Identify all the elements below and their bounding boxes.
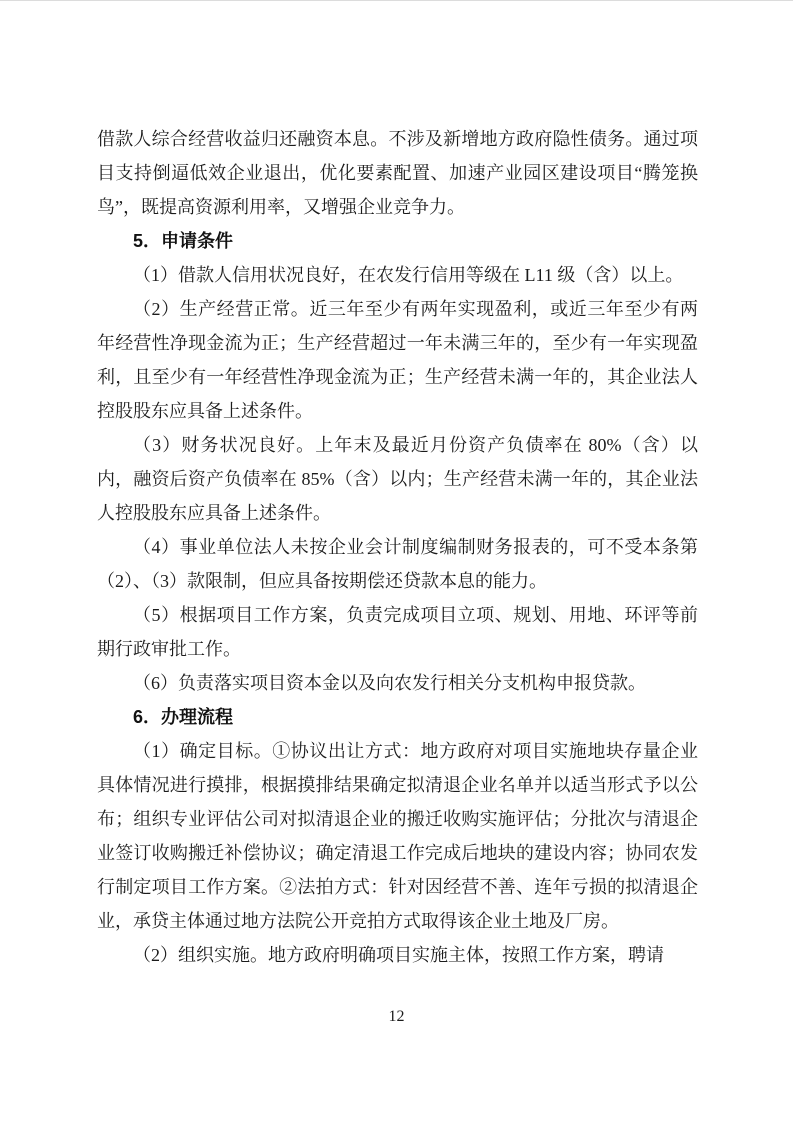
paragraph-intro: 借款人综合经营收益归还融资本息。不涉及新增地方政府隐性债务。通过项目支持倒逼低效…	[97, 122, 698, 224]
section-5-item-4: （4）事业单位法人未按企业会计制度编制财务报表的，可不受本条第（2）、（3）款限…	[97, 530, 698, 598]
section-5-item-6: （6）负责落实项目资本金以及向农发行相关分支机构申报贷款。	[97, 666, 698, 700]
section-6-heading: 6．办理流程	[97, 700, 698, 734]
page-number: 12	[0, 1005, 793, 1029]
document-page: 借款人综合经营收益归还融资本息。不涉及新增地方政府隐性债务。通过项目支持倒逼低效…	[0, 0, 793, 1122]
section-5-item-5: （5）根据项目工作方案，负责完成项目立项、规划、用地、环评等前期行政审批工作。	[97, 598, 698, 666]
section-6-item-1: （1）确定目标。①协议出让方式：地方政府对项目实施地块存量企业具体情况进行摸排，…	[97, 734, 698, 938]
page-body: 借款人综合经营收益归还融资本息。不涉及新增地方政府隐性债务。通过项目支持倒逼低效…	[97, 122, 698, 972]
section-5-item-3: （3）财务状况良好。上年末及最近月份资产负债率在 80%（含）以内，融资后资产负…	[97, 428, 698, 530]
section-6-item-2: （2）组织实施。地方政府明确项目实施主体，按照工作方案，聘请	[97, 938, 698, 972]
section-5-item-2: （2）生产经营正常。近三年至少有两年实现盈利，或近三年至少有两年经营性净现金流为…	[97, 292, 698, 428]
section-5-heading: 5．申请条件	[97, 224, 698, 258]
section-5-item-1: （1）借款人信用状况良好，在农发行信用等级在 L11 级（含）以上。	[97, 258, 698, 292]
